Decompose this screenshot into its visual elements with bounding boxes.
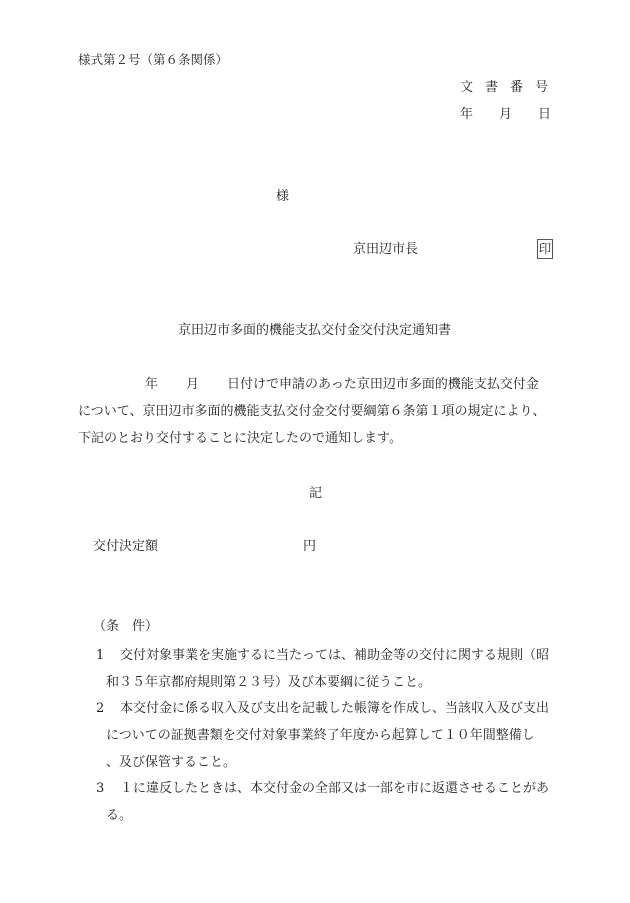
grant-amount-unit: 円 (303, 539, 316, 555)
body-line-1: 年月日付けで申請のあった京田辺市多面的機能支払交付金 (145, 377, 539, 393)
condition-line: る。 (106, 808, 132, 824)
condition-line: 交付対象事業を実施するに当たっては、補助金等の交付に関する規則（昭 (120, 648, 549, 664)
document-title: 京田辺市多面的機能支払交付金交付決定通知書 (178, 323, 451, 339)
sender-name: 京田辺市長 (353, 242, 418, 258)
date-month: 月 (499, 107, 512, 123)
condition-line: 、及び保管すること。 (106, 755, 236, 771)
conditions-heading: （条 件） (93, 619, 158, 635)
date-day: 日 (538, 107, 551, 123)
condition-line: 本交付金に係る収入及び支出を記載した帳簿を作成し、当該収入及び支出 (120, 701, 549, 717)
body-line-2: について、京田辺市多面的機能支払交付金交付要綱第６条第１項の規定により、 (78, 404, 545, 420)
body-year: 年 (145, 377, 158, 392)
body-line-3: 下記のとおり交付することに決定したので通知します。 (78, 431, 402, 447)
record-label: 記 (309, 486, 322, 502)
form-number: 様式第２号（第６条関係） (78, 52, 228, 68)
seal-stamp-box: 印 (537, 239, 553, 259)
condition-line: １に違反したときは、本交付金の全部又は一部を市に返還させることがあ (120, 781, 549, 797)
document-date: 年月日 (460, 107, 551, 123)
grant-amount-label: 交付決定額 (93, 539, 158, 555)
document-number-label: 文書番号 (460, 80, 560, 96)
date-year: 年 (460, 107, 473, 123)
condition-line: 和３５年京都府規則第２３号）及び本要綱に従うこと。 (106, 675, 431, 691)
condition-number: 3 (96, 781, 104, 797)
addressee-honorific: 様 (276, 189, 289, 205)
condition-number: 2 (96, 701, 104, 717)
body-month: 月 (186, 377, 199, 392)
condition-line: についての証拠書類を交付対象事業終了年度から起算して１０年間整備し (106, 728, 535, 744)
body-line-1-text: 日付けで申請のあった京田辺市多面的機能支払交付金 (227, 377, 539, 392)
condition-number: 1 (96, 648, 104, 664)
